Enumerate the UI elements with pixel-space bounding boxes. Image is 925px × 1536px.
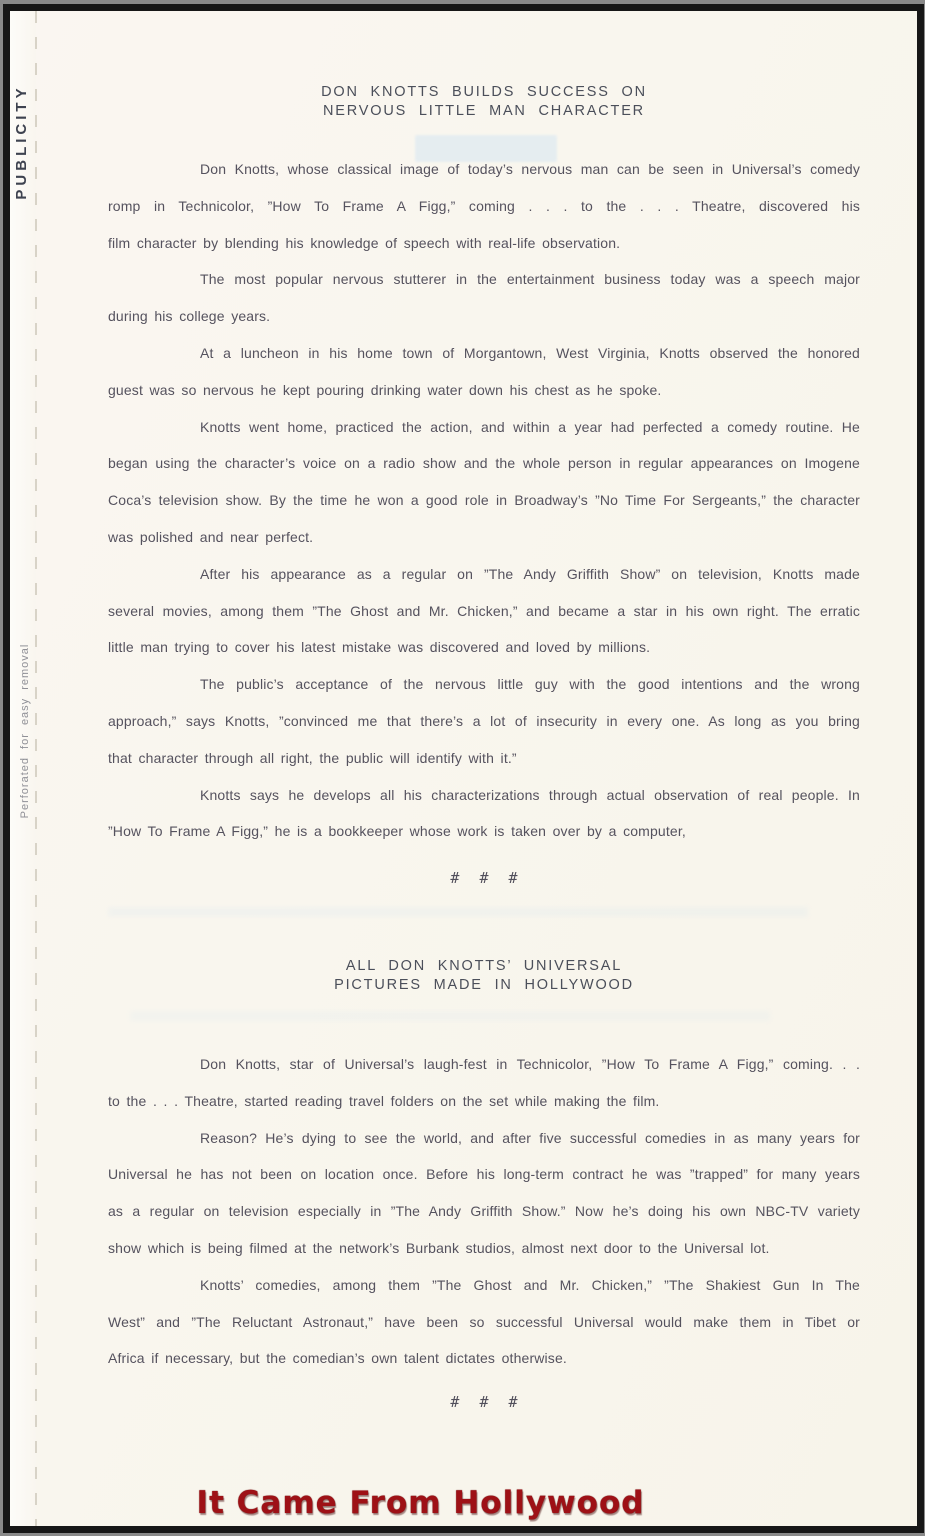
text-line: Knotts went home, practiced the action, … [108,409,860,446]
text-line: film character by blending his knowledge… [108,225,860,262]
article-1-end-marker: # # # [108,869,860,887]
text-line: Africa if necessary, but the comedian’s … [108,1340,860,1377]
text-line: Universal he has not been on location on… [108,1156,860,1193]
collector-watermark: It Came From Hollywood [10,1485,874,1521]
perforation-note: Perforated for easy removal [19,631,35,831]
text-line: romp in Technicolor, ”How To Frame A Fig… [108,188,860,225]
text-line: during his college years. [108,298,860,335]
article-2-body: Don Knotts, star of Universal’s laugh-fe… [108,1046,860,1377]
article-1-body: Don Knotts, whose classical image of tod… [108,151,860,850]
text-line: show which is being filmed at the networ… [108,1230,860,1267]
text-line: approach,” says Knotts, ”convinced me th… [108,703,860,740]
article-2-title-line-1: ALL DON KNOTTS’ UNIVERSAL [108,957,860,976]
text-line: At a luncheon in his home town of Morgan… [108,335,860,372]
publicity-section-label: PUBLICITY [13,62,33,222]
text-line: little man trying to cover his latest mi… [108,629,860,666]
text-line: Don Knotts, star of Universal’s laugh-fe… [108,1046,860,1083]
text-line: Reason? He’s dying to see the world, and… [108,1120,860,1157]
text-line: as a regular on television especially in… [108,1193,860,1230]
article-1-title-line-2: NERVOUS LITTLE MAN CHARACTER [108,102,860,121]
text-line: West” and ”The Reluctant Astronaut,” hav… [108,1304,860,1341]
text-line: Knotts’ comedies, among them ”The Ghost … [108,1267,860,1304]
text-line: Knotts says he develops all his characte… [108,777,860,814]
press-kit-page: PUBLICITY Perforated for easy removal DO… [10,11,917,1526]
text-line: guest was so nervous he kept pouring dri… [108,372,860,409]
text-line: The most popular nervous stutterer in th… [108,261,860,298]
text-line: was polished and near perfect. [108,519,860,556]
article-1-title-line-1: DON KNOTTS BUILDS SUCCESS ON [108,83,860,102]
article-2-end-marker: # # # [108,1393,860,1411]
text-line: After his appearance as a regular on ”Th… [108,556,860,593]
text-line: Coca’s television show. By the time he w… [108,482,860,519]
perforation-dashed-line [35,11,37,1526]
text-line: began using the character’s voice on a r… [108,445,860,482]
text-line: The public’s acceptance of the nervous l… [108,666,860,703]
ink-bleed-smudge [130,1011,770,1021]
article-2-title-line-2: PICTURES MADE IN HOLLYWOOD [108,976,860,995]
text-line: ”How To Frame A Figg,” he is a bookkeepe… [108,813,860,850]
text-line: Don Knotts, whose classical image of tod… [108,151,860,188]
article-1-title: DON KNOTTS BUILDS SUCCESS ON NERVOUS LIT… [108,83,860,121]
ink-bleed-smudge [108,907,808,917]
text-line: several movies, among them ”The Ghost an… [108,593,860,630]
article-2-title: ALL DON KNOTTS’ UNIVERSAL PICTURES MADE … [108,957,860,995]
text-line: to the . . . Theatre, started reading tr… [108,1083,860,1120]
scan-black-frame: PUBLICITY Perforated for easy removal DO… [3,4,924,1533]
text-line: that character through all right, the pu… [108,740,860,777]
